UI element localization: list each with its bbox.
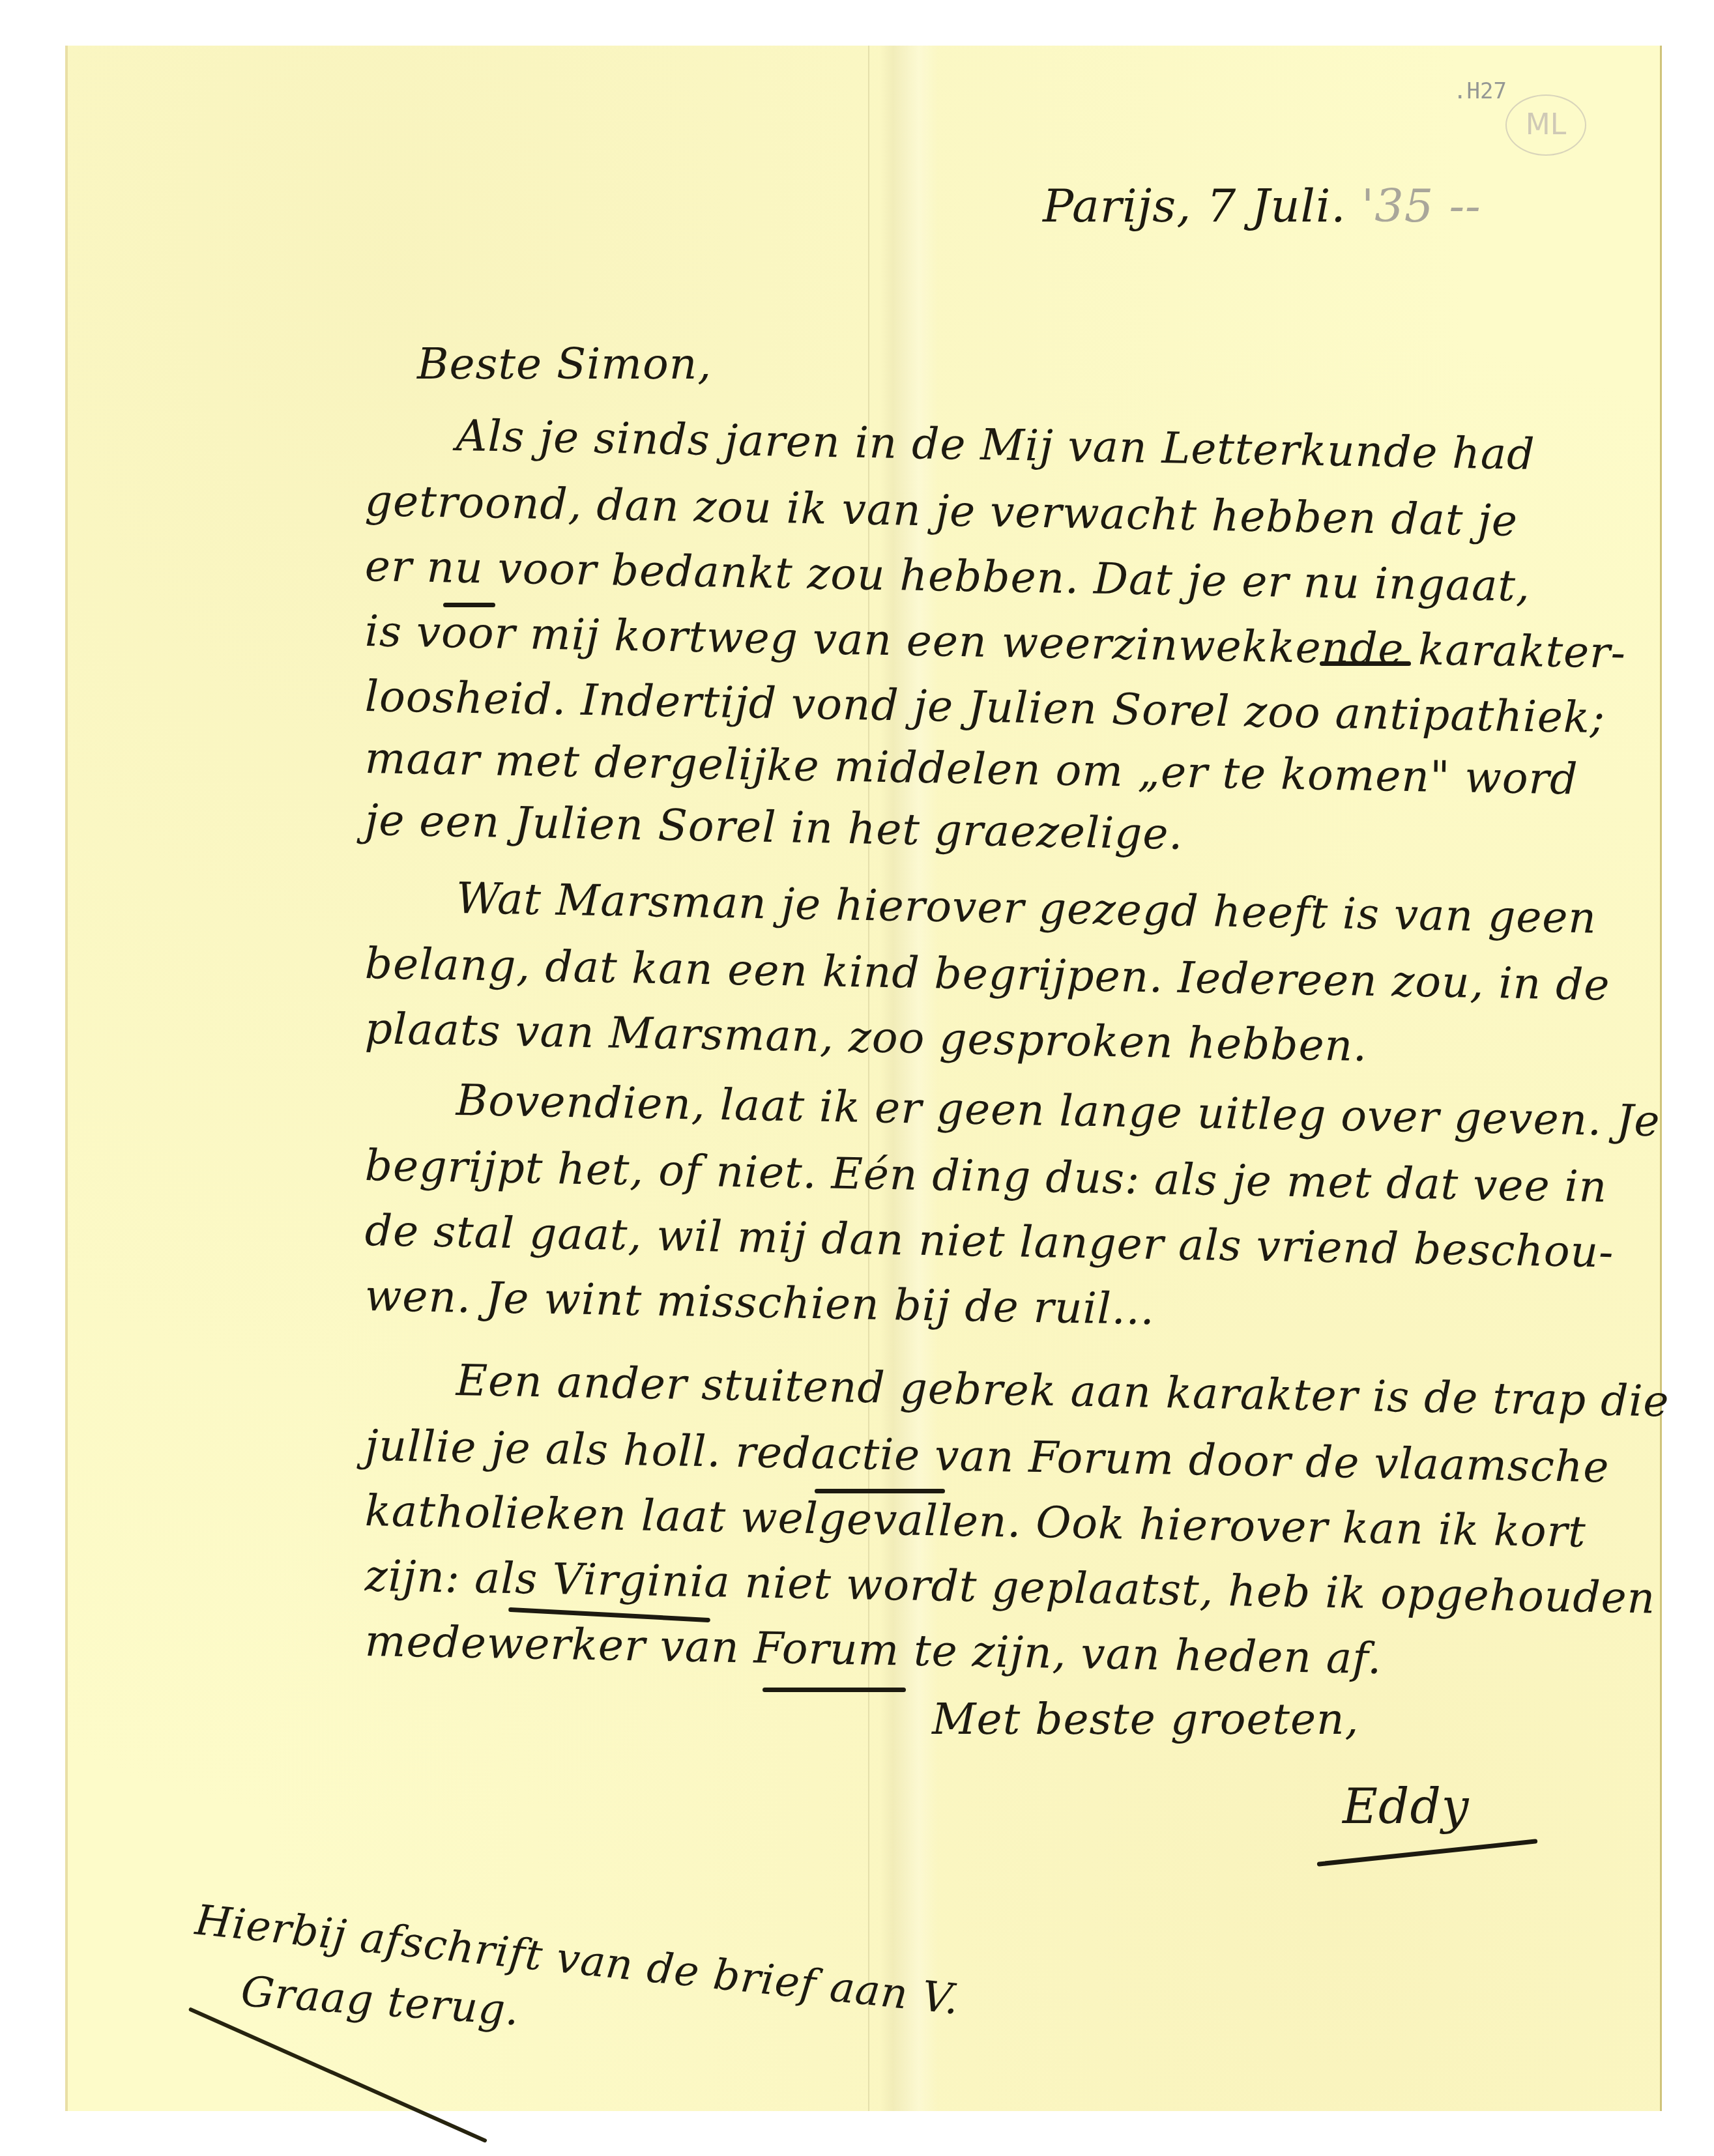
body-line: loosheid. Indertijd vond je Julien Sorel… — [364, 671, 1606, 743]
body-line: belang, dat kan een kind begrijpen. Iede… — [364, 938, 1610, 1010]
body-line: begrijpt het, of niet. Eén ding dus: als… — [364, 1140, 1608, 1212]
paper-fold — [868, 46, 869, 2111]
body-line: plaats van Marsman, zoo gesproken hebben… — [364, 1003, 1367, 1071]
signature: Eddy — [1343, 1779, 1470, 1835]
underline-mark-ingaat — [1320, 661, 1411, 666]
body-line: Wat Marsman je hierover gezegd heeft is … — [456, 873, 1597, 943]
place-date-text: Parijs, 7 Juli. — [1043, 179, 1346, 233]
signature-flourish — [1317, 1839, 1538, 1867]
body-line: wen. Je wint misschien bij de ruil... — [364, 1271, 1155, 1334]
closing: Met beste groeten, — [932, 1694, 1359, 1744]
postscript-line-2: Graag terug. — [239, 1968, 521, 2035]
body-line: medewerker van Forum te zijn, van heden … — [364, 1616, 1382, 1684]
body-line: je een Julien Sorel in het graezelige. — [364, 795, 1184, 859]
body-line: katholieken laat welgevallen. Ook hierov… — [364, 1486, 1586, 1557]
body-line: is voor mij kortweg van een weerzinwekke… — [364, 606, 1626, 678]
pencil-year: '35 -- — [1361, 179, 1481, 233]
body-line: Als je sinds jaren in de Mij van Letterk… — [456, 410, 1535, 480]
body-line: er nu voor bedankt zou hebben. Dat je er… — [364, 541, 1530, 611]
salutation: Beste Simon, — [417, 339, 712, 389]
body-line: maar met dergelijke middelen om „er te k… — [364, 733, 1578, 804]
body-line: jullie je als holl. redactie van Forum d… — [364, 1420, 1610, 1492]
underline-mark-forum-1 — [815, 1489, 945, 1493]
body-line: getroond, dan zou ik van je verwacht heb… — [364, 476, 1518, 546]
body-line-text: er nu voor bedankt zou hebben. Dat je er… — [364, 541, 1530, 611]
underline-mark-forum-2 — [763, 1688, 906, 1692]
letter-paper: .H27 ML Parijs, 7 Juli. '35 -- Beste Sim… — [65, 46, 1662, 2111]
body-line: de stal gaat, wil mij dan niet langer al… — [364, 1205, 1614, 1277]
archive-stamp: ML — [1505, 94, 1586, 156]
body-line: Bovendien, laat ik er geen lange uitleg … — [456, 1075, 1661, 1146]
archive-pencil-number: .H27 — [1453, 78, 1507, 104]
place-date: Parijs, 7 Juli. '35 -- — [1043, 179, 1481, 233]
body-line: Een ander stuitend gebrek aan karakter i… — [456, 1355, 1670, 1426]
underline-mark-nu — [443, 603, 495, 607]
